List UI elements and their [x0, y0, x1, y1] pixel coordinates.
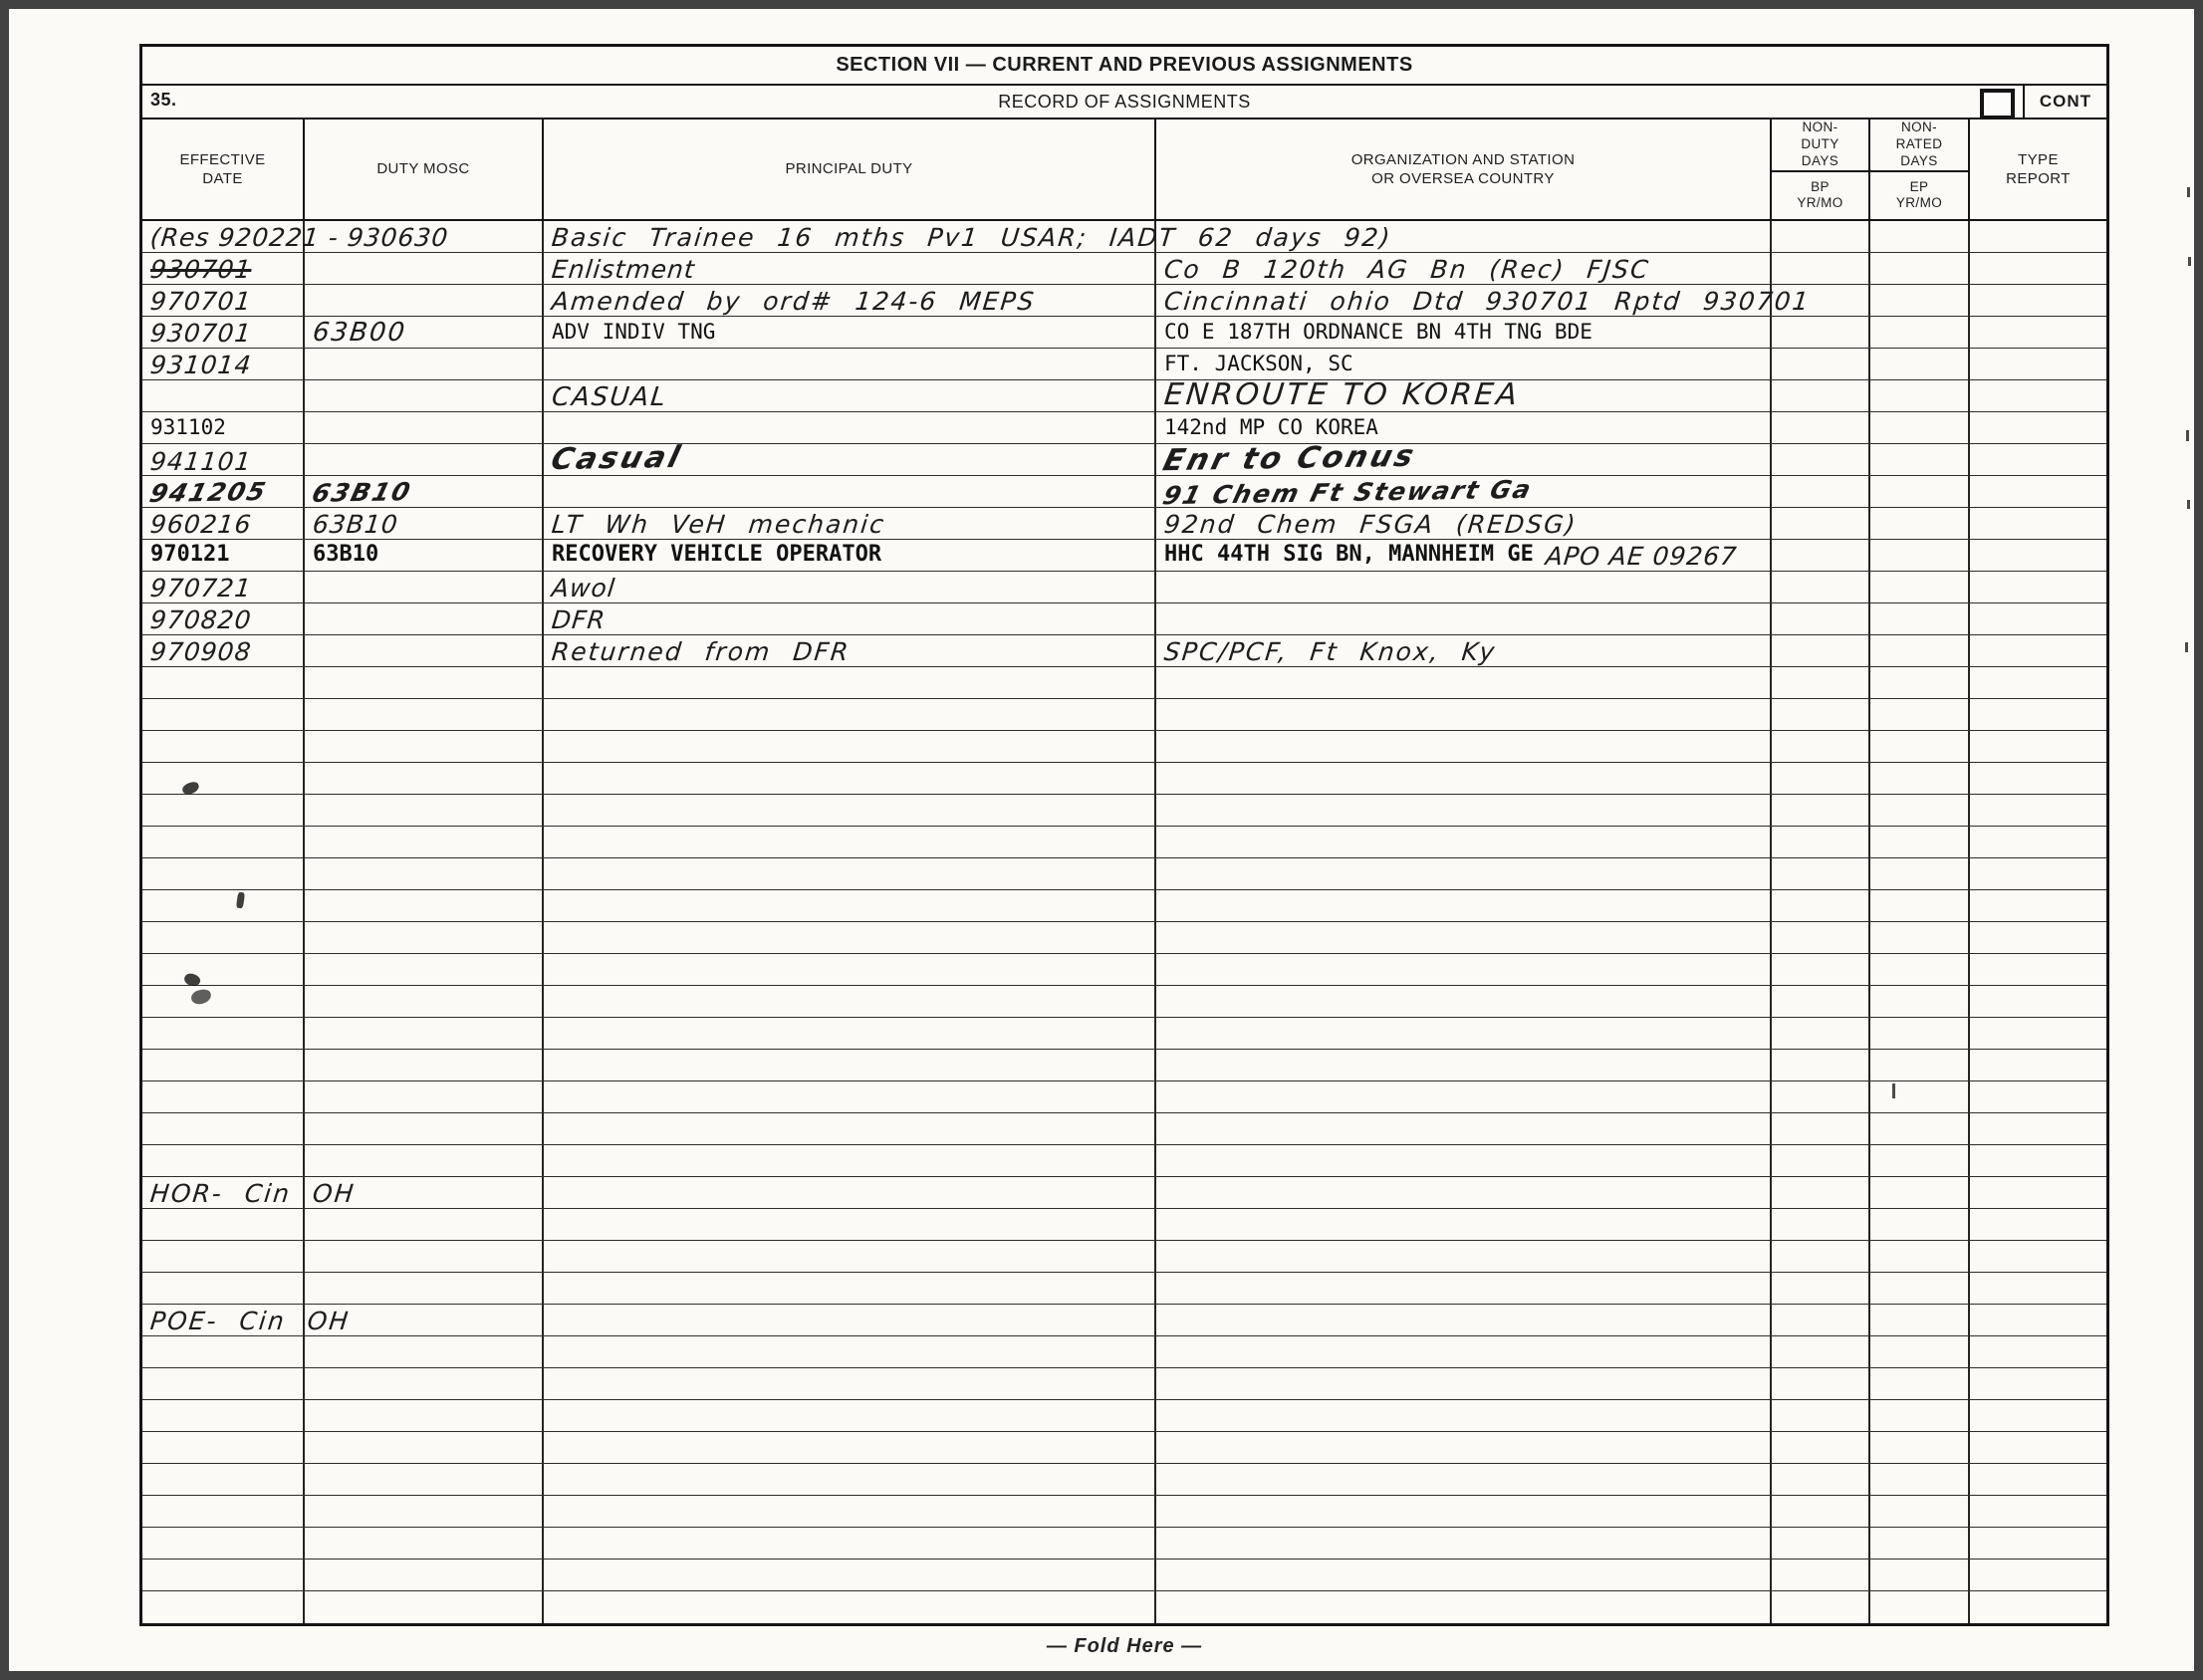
cell: 970701: [142, 285, 305, 316]
cell: [544, 349, 1156, 379]
cell: [142, 1050, 305, 1080]
table-row: [142, 986, 2106, 1018]
cell: [305, 572, 544, 602]
entry-text: 970701: [149, 289, 253, 315]
cell: [1772, 1241, 1870, 1272]
cell: [1970, 1050, 2106, 1080]
cell: [305, 1464, 544, 1495]
cell: [1970, 253, 2106, 284]
table-row: [142, 763, 2106, 795]
table-row: 931014FT. JACKSON, SC: [142, 349, 2106, 380]
entry-text: SPC/PCF, Ft Knox, Ky: [1163, 639, 1498, 665]
cell: [1772, 731, 1870, 762]
cell: HOR- Cin OH: [142, 1177, 305, 1208]
cell: Co B 120th AG Bn (Rec) FJSC: [1156, 253, 1772, 284]
cell: [142, 1273, 305, 1304]
cell: [1772, 763, 1870, 794]
cell: [1970, 540, 2106, 571]
table-row: [142, 667, 2106, 699]
cell: [1970, 1177, 2106, 1208]
cell: [305, 1050, 544, 1080]
cell: [1970, 731, 2106, 762]
cell: CASUAL: [544, 380, 1156, 412]
record-title-band: 35. RECORD OF ASSIGNMENTS CONT: [142, 86, 2106, 120]
cell: [1970, 572, 2106, 602]
cell: [544, 1591, 1156, 1623]
cell: [1156, 1145, 1772, 1176]
cell: [544, 1273, 1156, 1304]
cell: [305, 253, 544, 284]
cell: [1870, 635, 1970, 666]
cell: [1870, 1305, 1970, 1335]
cell: 930701: [142, 317, 305, 348]
cell: [142, 1336, 305, 1367]
cont-label: CONT: [2023, 86, 2106, 118]
cell: [1970, 1368, 2106, 1399]
cell: [1970, 1018, 2106, 1049]
cell: [1772, 380, 1870, 412]
table-row: (Res 920221 - 930630Basic Trainee 16 mth…: [142, 221, 2106, 253]
cell: [1772, 476, 1870, 507]
table-row: [142, 1560, 2106, 1591]
cell: CO E 187TH ORDNANCE BN 4TH TNG BDE: [1156, 317, 1772, 348]
cell: [1870, 1368, 1970, 1399]
cell: [1772, 1145, 1870, 1176]
cell: [142, 1496, 305, 1527]
cell: [142, 922, 305, 953]
table-row: [142, 1273, 2106, 1305]
cell: [1772, 317, 1870, 348]
cell: [1870, 731, 1970, 762]
cell: [1970, 444, 2106, 476]
cell: [1870, 954, 1970, 985]
cell: [1870, 1591, 1970, 1623]
scan-artifact: [2188, 257, 2191, 266]
cell: [1156, 603, 1772, 634]
cell: [1772, 444, 1870, 476]
column-header-non-duty-days: NON- DUTY DAYS BP YR/MO: [1772, 120, 1870, 219]
cell: [1870, 1209, 1970, 1240]
cell: 63B00: [305, 317, 544, 348]
cell: [305, 1528, 544, 1559]
entry-text: APO AE 09267: [1545, 544, 1739, 570]
cell: [1870, 1560, 1970, 1590]
entry-text: Co B 120th AG Bn (Rec) FJSC: [1163, 257, 1651, 283]
entry-text: 941101: [149, 449, 253, 475]
cell: [1870, 444, 1970, 476]
cell: RECOVERY VEHICLE OPERATOR: [544, 540, 1156, 571]
cell: [1156, 731, 1772, 762]
table-row: [142, 858, 2106, 890]
cell: [1156, 1336, 1772, 1367]
cell: Awol: [544, 572, 1156, 602]
cell: [142, 858, 305, 889]
cell: [1156, 1081, 1772, 1112]
cell: [544, 1336, 1156, 1367]
cell: [305, 285, 544, 316]
cell: [142, 1018, 305, 1049]
entry-text: Basic Trainee 16 mths Pv1 USAR; IADT 62 …: [551, 225, 1393, 251]
assignments-body: (Res 920221 - 930630Basic Trainee 16 mth…: [142, 221, 2106, 1623]
cell: [544, 731, 1156, 762]
cell: [305, 667, 544, 698]
entry-text: Amended by ord# 124-6 MEPS: [551, 289, 1037, 315]
cell: [1970, 412, 2106, 443]
cell: [1772, 1400, 1870, 1431]
cell: [305, 444, 544, 476]
column-header-type-report: TYPE REPORT: [1970, 120, 2106, 219]
column-header-organization: ORGANIZATION AND STATION OR OVERSEA COUN…: [1156, 120, 1772, 219]
table-row: [142, 922, 2106, 954]
cell: [1970, 285, 2106, 316]
cell: [1870, 890, 1970, 921]
cell: Casual: [544, 444, 1156, 476]
entry-text: Enr to Conus: [1160, 442, 1420, 477]
cell: [1870, 1113, 1970, 1144]
cell: [1970, 1113, 2106, 1144]
cell: [544, 1209, 1156, 1240]
cell: [305, 412, 544, 443]
entry-text: Awol: [551, 576, 617, 601]
cell: [1870, 1496, 1970, 1527]
cell: [1156, 890, 1772, 921]
cell: [305, 1018, 544, 1049]
cell: [1970, 763, 2106, 794]
entry-text: 63B10: [312, 512, 400, 538]
entry-text: 142nd MP CO KOREA: [1164, 417, 1378, 442]
cell: [1970, 1591, 2106, 1623]
entry-text: 931014: [149, 353, 253, 378]
cell: Amended by ord# 124-6 MEPS: [544, 285, 1156, 316]
cell: (Res 920221 - 930630: [142, 221, 305, 252]
cell: [1772, 1018, 1870, 1049]
cell: [1970, 795, 2106, 826]
cell: [544, 1400, 1156, 1431]
cell: ENROUTE TO KOREA: [1156, 380, 1772, 412]
table-row: 931102142nd MP CO KOREA: [142, 412, 2106, 444]
cell: [1970, 1432, 2106, 1463]
cell: [142, 763, 305, 794]
table-row: [142, 795, 2106, 827]
cell: [305, 1496, 544, 1527]
non-duty-days-label: NON- DUTY DAYS: [1772, 120, 1868, 172]
cell: [1870, 1241, 1970, 1272]
scan-artifact: [1892, 1083, 1895, 1098]
cell: [1970, 1464, 2106, 1495]
cell: [1970, 1560, 2106, 1590]
table-row: [142, 1050, 2106, 1081]
cell: [1772, 1081, 1870, 1112]
cell: [544, 667, 1156, 698]
cell: [1870, 1050, 1970, 1080]
cell: [1970, 349, 2106, 379]
cell: [544, 699, 1156, 730]
cell: [1870, 1336, 1970, 1367]
entry-text: 960216: [149, 512, 253, 538]
table-row: [142, 954, 2106, 986]
table-row: HOR- Cin OH: [142, 1177, 2106, 1209]
cell: [1870, 412, 1970, 443]
cell: [142, 699, 305, 730]
cell: POE- Cin OH: [142, 1305, 305, 1335]
cell: [1870, 858, 1970, 889]
column-headers: EFFECTIVE DATE DUTY MOSC PRINCIPAL DUTY …: [142, 120, 2106, 221]
entry-text: RECOVERY VEHICLE OPERATOR: [552, 544, 881, 570]
cell: [142, 827, 305, 857]
cell: [305, 763, 544, 794]
cell: [305, 1336, 544, 1367]
cell: [1870, 1018, 1970, 1049]
cell: [305, 922, 544, 953]
entry-text: 63B10: [313, 544, 378, 570]
cell: [305, 380, 544, 412]
cell: Enlistment: [544, 253, 1156, 284]
cell: [544, 1305, 1156, 1335]
cell: [544, 476, 1156, 507]
cell: [1970, 1209, 2106, 1240]
cell: [1870, 476, 1970, 507]
cell: [544, 1241, 1156, 1272]
entry-text: CASUAL: [551, 384, 669, 411]
cell: [1970, 827, 2106, 857]
cell: [1772, 1591, 1870, 1623]
cell: [544, 1018, 1156, 1049]
item-number: 35.: [150, 90, 177, 111]
entry-text: CO E 187TH ORDNANCE BN 4TH TNG BDE: [1164, 322, 1592, 347]
entry-text: HOR- Cin OH: [149, 1181, 357, 1207]
column-header-duty-mosc: DUTY MOSC: [305, 120, 544, 219]
cell: [1970, 380, 2106, 412]
cell: 941101: [142, 444, 305, 476]
cell: [1156, 1209, 1772, 1240]
entry-text: 931102: [150, 417, 226, 442]
cell: [305, 699, 544, 730]
cell: [305, 635, 544, 666]
entry-text: 63B00: [312, 320, 408, 347]
entry-text: 91 Chem Ft Stewart Ga: [1160, 477, 1536, 509]
cell: [1156, 1528, 1772, 1559]
cell: [1870, 285, 1970, 316]
cell: [1970, 1241, 2106, 1272]
cell: [1870, 1464, 1970, 1495]
cell: [1772, 540, 1870, 571]
cell: [544, 827, 1156, 857]
cell: [1870, 827, 1970, 857]
cell: [1970, 1273, 2106, 1304]
cell: HHC 44TH SIG BN, MANNHEIM GEAPO AE 09267: [1156, 540, 1772, 571]
table-row: 941101CasualEnr to Conus: [142, 444, 2106, 476]
table-row: [142, 1400, 2106, 1432]
cell: [544, 412, 1156, 443]
cell: Enr to Conus: [1156, 444, 1772, 476]
cell: [1772, 986, 1870, 1017]
cell: [1772, 1305, 1870, 1335]
cell: [1870, 667, 1970, 698]
entry-text: FT. JACKSON, SC: [1164, 354, 1353, 378]
cell: [1870, 699, 1970, 730]
cell: [142, 1368, 305, 1399]
cell: 91 Chem Ft Stewart Ga: [1156, 476, 1772, 507]
cell: [1156, 1113, 1772, 1144]
entry-text: LT Wh VeH mechanic: [551, 512, 887, 538]
cell: [1156, 795, 1772, 826]
cell: [1772, 603, 1870, 634]
cell: [544, 763, 1156, 794]
cell: [1156, 1273, 1772, 1304]
cell: [1772, 412, 1870, 443]
cell: [1156, 1177, 1772, 1208]
cell: [544, 1432, 1156, 1463]
cell: [1156, 1018, 1772, 1049]
entry-text: HHC 44TH SIG BN, MANNHEIM GE: [1164, 544, 1534, 570]
cell: [1870, 1400, 1970, 1431]
cell: [1970, 1400, 2106, 1431]
cell: [1970, 954, 2106, 985]
cell: [1772, 508, 1870, 539]
cell: [1156, 1464, 1772, 1495]
cell: [1772, 1464, 1870, 1495]
cell: [1870, 922, 1970, 953]
cell: [305, 1368, 544, 1399]
cell: [142, 1560, 305, 1590]
cell: [544, 890, 1156, 921]
table-row: [142, 827, 2106, 858]
cell: [1970, 667, 2106, 698]
cell: [1870, 1528, 1970, 1559]
cell: [305, 1560, 544, 1590]
cell: [1870, 221, 1970, 252]
cell: [1772, 699, 1870, 730]
table-row: [142, 1528, 2106, 1560]
table-row: [142, 1432, 2106, 1464]
cell: [1772, 635, 1870, 666]
cell: [1772, 890, 1870, 921]
entry-text: 970908: [149, 639, 253, 665]
cell: [142, 380, 305, 412]
cell: DFR: [544, 603, 1156, 634]
cell: [1772, 349, 1870, 379]
cell: [305, 1113, 544, 1144]
cell: [1772, 221, 1870, 252]
cell: [1772, 667, 1870, 698]
cell: [1870, 795, 1970, 826]
cell: 931014: [142, 349, 305, 379]
cell: [142, 1591, 305, 1623]
entry-text: 92nd Chem FSGA (REDSG): [1163, 512, 1579, 538]
table-row: [142, 1241, 2106, 1273]
entry-text: 930701: [149, 321, 253, 347]
cell: [1772, 1273, 1870, 1304]
cell: 970121: [142, 540, 305, 571]
cell: 970820: [142, 603, 305, 634]
bp-yrmo-label: BP YR/MO: [1772, 172, 1868, 219]
cell: [142, 890, 305, 921]
cell: [1870, 380, 1970, 412]
cell: [1870, 540, 1970, 571]
cell: [305, 603, 544, 634]
entry-text: 63B10: [310, 479, 415, 507]
entry-text: 930701: [149, 257, 253, 283]
cell: Basic Trainee 16 mths Pv1 USAR; IADT 62 …: [544, 221, 1156, 252]
cell: [142, 667, 305, 698]
cell: [544, 1050, 1156, 1080]
cell: [1970, 890, 2106, 921]
cell: 930701: [142, 253, 305, 284]
cell: 941205: [142, 476, 305, 507]
cell: [305, 1432, 544, 1463]
cell: [1156, 827, 1772, 857]
entry-text: 941205: [146, 479, 269, 507]
cell: [142, 986, 305, 1017]
cell: [544, 1560, 1156, 1590]
cell: [1156, 1400, 1772, 1431]
cell: [142, 1209, 305, 1240]
table-row: CASUALENROUTE TO KOREA: [142, 380, 2106, 412]
table-row: [142, 1336, 2106, 1368]
cell: [305, 1081, 544, 1112]
entry-text: ADV INDIV TNG: [552, 322, 715, 347]
scan-artifact: [2187, 187, 2190, 197]
cell: 970721: [142, 572, 305, 602]
cell: [1156, 1241, 1772, 1272]
cell: [1156, 1305, 1772, 1335]
cell: [544, 1464, 1156, 1495]
entry-text: Returned from DFR: [551, 639, 852, 665]
cell: [142, 1400, 305, 1431]
table-row: 970701Amended by ord# 124-6 MEPSCincinna…: [142, 285, 2106, 317]
cell: [305, 858, 544, 889]
cell: [305, 1400, 544, 1431]
table-row: [142, 1496, 2106, 1528]
cell: [305, 795, 544, 826]
cell: [1772, 572, 1870, 602]
cell: [1156, 1432, 1772, 1463]
table-row: [142, 1591, 2106, 1623]
table-row: [142, 1209, 2106, 1241]
cell: [1970, 221, 2106, 252]
cell: [305, 1209, 544, 1240]
table-row: 96021663B10LT Wh VeH mechanic92nd Chem F…: [142, 508, 2106, 540]
cell: [1970, 603, 2106, 634]
cell: [1870, 317, 1970, 348]
fold-here-label: — Fold Here —: [139, 1635, 2109, 1658]
cell: [305, 1145, 544, 1176]
column-header-non-rated-days: NON- RATED DAYS EP YR/MO: [1870, 120, 1970, 219]
cell: [1772, 1560, 1870, 1590]
table-row: 93070163B00ADV INDIV TNGCO E 187TH ORDNA…: [142, 317, 2106, 349]
cont-checkbox: [1980, 89, 2015, 120]
cell: 970908: [142, 635, 305, 666]
cell: [1970, 1081, 2106, 1112]
cell: [1870, 603, 1970, 634]
cell: [1156, 1496, 1772, 1527]
cell: [305, 890, 544, 921]
cell: [1156, 1368, 1772, 1399]
cell: [1970, 635, 2106, 666]
cell: [1970, 1145, 2106, 1176]
cell: [1870, 572, 1970, 602]
cell: [305, 1591, 544, 1623]
cell: [142, 1528, 305, 1559]
cell: [1870, 1081, 1970, 1112]
entry-text: DFR: [551, 607, 608, 633]
entry-text: ENROUTE TO KOREA: [1162, 380, 1521, 411]
cell: [142, 795, 305, 826]
cell: [1970, 508, 2106, 539]
cell: [1156, 572, 1772, 602]
table-row: [142, 1145, 2106, 1177]
cell: [1970, 317, 2106, 348]
